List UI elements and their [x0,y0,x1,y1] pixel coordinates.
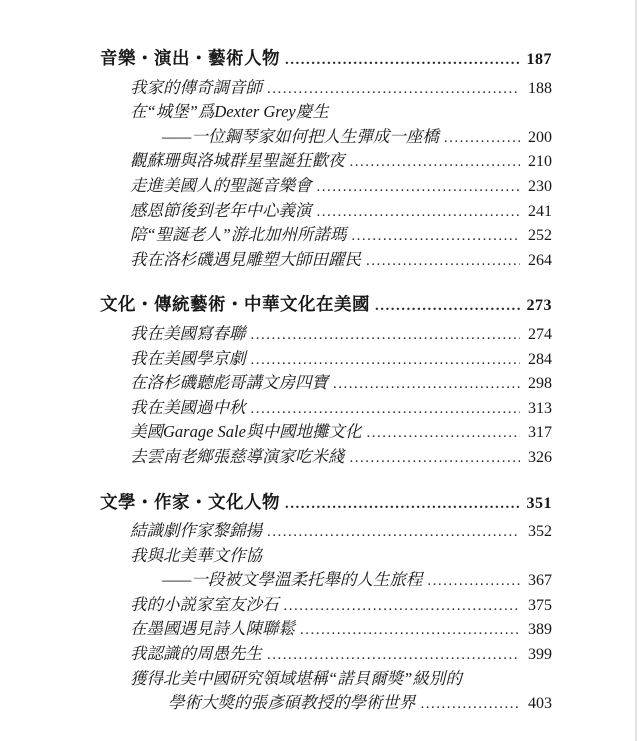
toc-entry-title: 去雲南老鄉張慈導演家吃米綫 [130,443,345,467]
toc-entry-page: 352 [522,523,552,541]
dot-leader [350,450,521,467]
dot-leader [267,81,520,98]
toc-entry: 文化・傳統藝術・中華文化在美國273 [100,291,552,316]
toc-entry: 走進美國人的聖誕音樂會230 [100,172,552,197]
toc-entry-title: 我在美國學京劇 [130,345,246,369]
toc-entry-page: 375 [522,597,552,615]
toc-entry-title: 我在洛杉磯遇見雕塑大師田躍民 [130,246,361,270]
toc-entry-page: 187 [522,51,552,69]
toc-entry-title: 在墨國遇見詩人陳聯鬆 [130,615,295,639]
dot-leader [267,647,520,664]
dot-leader [284,598,521,615]
toc-entry: 美國Garage Sale與中國地攤文化317 [100,418,552,443]
dot-leader [285,496,520,513]
toc-entry-page: 252 [522,227,552,245]
section-title: 音樂・演出・藝術人物 [100,45,280,70]
toc-entry-page: 273 [522,297,552,315]
toc-entry: 學術大獎的張彥碩教授的學術世界403 [100,689,552,714]
toc-entry: 感恩節後到老年中心義演241 [100,197,552,222]
toc-entry-page: 200 [522,129,552,147]
toc-entry: ——一段被文學溫柔托舉的人生旅程367 [100,566,552,591]
toc-section: 文學・作家・文化人物351結識劇作家黎錦揚352我與北美華文作協——一段被文學溫… [100,489,552,714]
toc-entry-title: 我認識的周愚先生 [130,640,262,664]
toc-entry: 我在洛杉磯遇見雕塑大師田躍民264 [100,246,552,271]
dot-leader [300,622,520,639]
toc-entry-page: 230 [522,178,552,196]
toc-entry-page: 210 [522,153,552,171]
toc-entry-page: 403 [522,695,552,713]
toc-entry-title: 觀蘇珊與洛城群星聖誕狂歡夜 [130,147,345,171]
toc-entry-page: 351 [522,495,552,513]
dot-leader [375,298,520,315]
toc-entry-title: 我在美國寫春聯 [130,320,246,344]
toc-entry: 我在美國寫春聯274 [100,320,552,345]
toc-entry: 觀蘇珊與洛城群星聖誕狂歡夜210 [100,147,552,172]
toc-entry-title: 學術大獎的張彥碩教授的學術世界 [168,689,416,713]
toc-entry: 我與北美華文作協 [100,542,552,567]
dot-leader [421,696,521,713]
toc-entry: 我的小説家室友沙石375 [100,591,552,616]
dot-leader [350,154,521,171]
dot-leader [251,401,521,418]
dot-leader [317,204,521,221]
toc-entry-title: 走進美國人的聖誕音樂會 [130,172,312,196]
toc-entry-page: 389 [522,621,552,639]
toc-entry: 文學・作家・文化人物351 [100,489,552,514]
toc-entry-title: 感恩節後到老年中心義演 [130,197,312,221]
toc-entry-page: 317 [522,424,552,442]
dot-leader [444,130,520,147]
toc-entry: 在洛杉磯聽彪哥講文房四寶298 [100,369,552,394]
dot-leader [427,573,520,590]
dot-leader [333,376,520,393]
section-title: 文化・傳統藝術・中華文化在美國 [100,291,370,316]
toc-entry-title: 陪“聖誕老人”游北加州所諾瑪 [130,221,346,245]
toc-entry-title: 在洛杉磯聽彪哥講文房四寶 [130,369,328,393]
page-edge-shadow [635,0,637,741]
toc-entry: 陪“聖誕老人”游北加州所諾瑪252 [100,221,552,246]
toc-entry-title: 我家的傳奇調音師 [130,74,262,98]
toc-entry: 我認識的周愚先生399 [100,640,552,665]
dot-leader [351,228,520,245]
toc-entry-page: 241 [522,203,552,221]
section-title: 文學・作家・文化人物 [100,489,280,514]
toc-entry-page: 264 [522,252,552,270]
toc-entry-title: 美國Garage Sale與中國地攤文化 [130,418,361,442]
toc-entry-page: 367 [522,572,552,590]
toc-entry: 在“城堡”爲Dexter Grey慶生 [100,98,552,123]
toc-entry: ——一位鋼琴家如何把人生彈成一座橋200 [100,123,552,148]
toc-section: 文化・傳統藝術・中華文化在美國273我在美國寫春聯274我在美國學京劇284在洛… [100,291,552,467]
dot-leader [317,179,521,196]
toc-entry: 音樂・演出・藝術人物187 [100,45,552,70]
toc-entry-title: ——一段被文學溫柔托舉的人生旅程 [162,566,422,590]
toc-entry: 我在美國過中秋313 [100,394,552,419]
toc-entry-page: 313 [522,400,552,418]
dot-leader [267,524,520,541]
toc-entry-page: 274 [522,326,552,344]
toc-entry-title: 我與北美華文作協 [130,542,262,566]
toc-entry: 在墨國遇見詩人陳聯鬆389 [100,615,552,640]
toc-section: 音樂・演出・藝術人物187我家的傳奇調音師188在“城堡”爲Dexter Gre… [100,45,552,270]
book-page: 音樂・演出・藝術人物187我家的傳奇調音師188在“城堡”爲Dexter Gre… [0,0,640,741]
dot-leader [366,253,520,270]
dot-leader [285,52,520,69]
toc-entry-page: 326 [522,449,552,467]
toc-entry-page: 399 [522,646,552,664]
toc-entry-title: ——一位鋼琴家如何把人生彈成一座橋 [162,123,439,147]
toc-entry-title: 結識劇作家黎錦揚 [130,517,262,541]
toc-entry-title: 獲得北美中國研究領域堪稱“諾貝爾獎”級別的 [130,665,462,689]
toc-entry: 我在美國學京劇284 [100,345,552,370]
toc-entry-page: 284 [522,351,552,369]
toc-entry-page: 188 [522,80,552,98]
toc: 音樂・演出・藝術人物187我家的傳奇調音師188在“城堡”爲Dexter Gre… [100,45,552,714]
toc-entry-title: 我的小説家室友沙石 [130,591,279,615]
dot-leader [366,425,520,442]
toc-entry-title: 我在美國過中秋 [130,394,246,418]
toc-entry: 去雲南老鄉張慈導演家吃米綫326 [100,443,552,468]
toc-entry-title: 在“城堡”爲Dexter Grey慶生 [130,98,329,122]
toc-entry: 我家的傳奇調音師188 [100,74,552,99]
toc-entry-page: 298 [522,375,552,393]
toc-entry: 獲得北美中國研究領域堪稱“諾貝爾獎”級別的 [100,665,552,690]
toc-entry: 結識劇作家黎錦揚352 [100,517,552,542]
dot-leader [251,352,521,369]
dot-leader [251,327,521,344]
